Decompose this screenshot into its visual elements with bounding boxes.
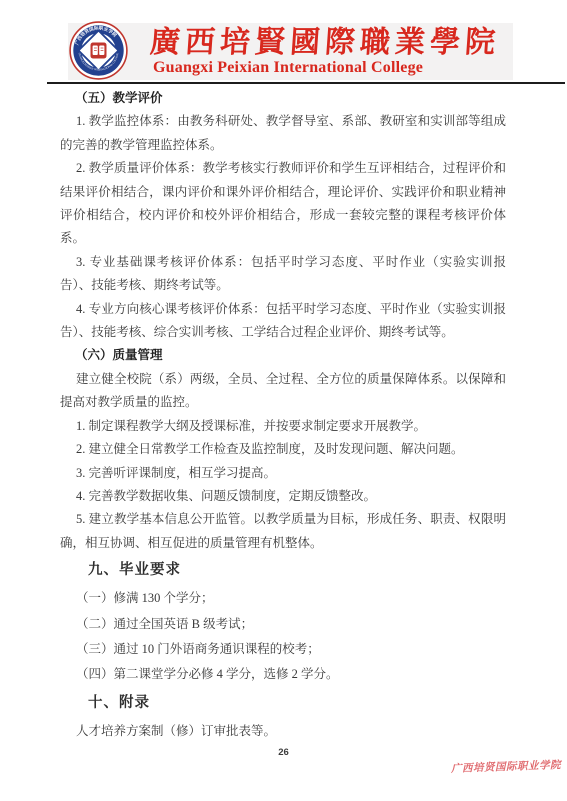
sec5-paragraph-2: 2. 教学质量评价体系：教学考核实行教师评价和学生互评相结合，过程评价和结果评价… bbox=[60, 157, 506, 251]
section-10-heading: 十、附录 bbox=[88, 691, 506, 716]
graduation-requirement-4: （四）第二课堂学分必修 4 学分，选修 2 学分。 bbox=[76, 662, 506, 687]
sec6-paragraph-3: 3. 完善听评课制度，相互学习提高。 bbox=[60, 462, 506, 485]
document-page: 广西培贤国际职业学院 GUANGXI PEIXIAN INTERNATIONAL… bbox=[0, 0, 567, 801]
sec6-intro: 建立健全校院（系）两级，全员、全过程、全方位的质量保障体系。以保障和提高对教学质… bbox=[60, 368, 506, 415]
sec6-paragraph-5: 5. 建立教学基本信息公开监管。以教学质量为目标，形成任务、职责、权限明确，相互… bbox=[60, 508, 506, 555]
section-6-heading: （六）质量管理 bbox=[75, 344, 506, 367]
sec5-paragraph-4: 4. 专业方向核心课考核评价体系：包括平时学习态度、平时作业（实验实训报告）、技… bbox=[60, 298, 506, 345]
sec5-paragraph-1: 1. 教学监控体系：由教务科研处、教学督导室、系部、教研室和实训部等组成的完善的… bbox=[60, 110, 506, 157]
college-signature-watermark: 广西培贤国际职业学院 bbox=[451, 757, 563, 776]
header-divider bbox=[47, 82, 565, 84]
sec6-paragraph-4: 4. 完善教学数据收集、问题反馈制度，定期反馈整改。 bbox=[60, 485, 506, 508]
section-5-heading: （五）教学评价 bbox=[75, 87, 506, 110]
document-body: （五）教学评价 1. 教学监控体系：由教务科研处、教学督导室、系部、教研室和实训… bbox=[60, 87, 506, 744]
college-seal-icon: 广西培贤国际职业学院 GUANGXI PEIXIAN INTERNATIONAL… bbox=[69, 21, 128, 80]
sec6-paragraph-1: 1. 制定课程教学大纲及授课标准，并按要求制定要求开展教学。 bbox=[60, 415, 506, 438]
section-9-heading: 九、毕业要求 bbox=[88, 558, 506, 583]
graduation-requirement-2: （二）通过全国英语 B 级考试； bbox=[76, 612, 506, 637]
graduation-requirement-1: （一）修满 130 个学分； bbox=[76, 586, 506, 611]
college-seal-logo: 广西培贤国际职业学院 GUANGXI PEIXIAN INTERNATIONAL… bbox=[69, 21, 128, 80]
appendix-text: 人才培养方案制（修）订审批表等。 bbox=[76, 719, 506, 744]
sec6-paragraph-2: 2. 建立健全日常教学工作检查及监控制度，及时发现问题、解决问题。 bbox=[60, 438, 506, 461]
sec5-paragraph-3: 3. 专业基础课考核评价体系：包括平时学习态度、平时作业（实验实训报告）、技能考… bbox=[60, 251, 506, 298]
college-title-chinese: 廣西培賢國際職業學院 bbox=[149, 24, 524, 62]
college-title-english: Guangxi Peixian International College bbox=[153, 59, 513, 77]
graduation-requirement-3: （三）通过 10 门外语商务通识课程的校考； bbox=[76, 637, 506, 662]
page-number: 26 bbox=[0, 747, 567, 758]
